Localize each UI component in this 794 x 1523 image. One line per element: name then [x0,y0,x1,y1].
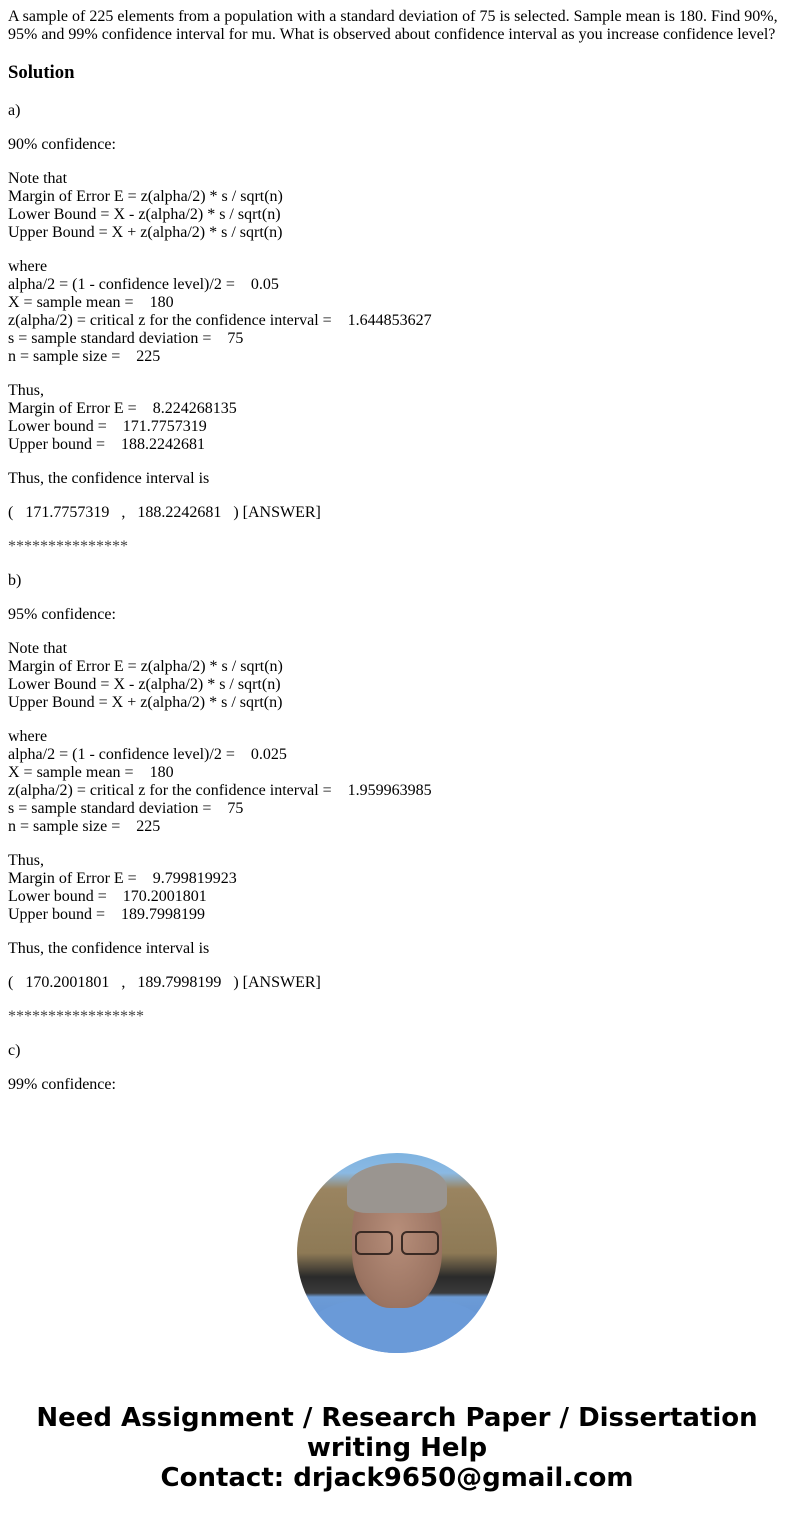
part-a-confidence-title: 90% confidence: [8,136,786,154]
part-a-where: where alpha/2 = (1 - confidence level)/2… [8,258,786,366]
part-b-confidence-title: 95% confidence: [8,606,786,624]
solution-heading: Solution [8,62,786,84]
part-a-separator: *************** [8,538,786,556]
part-c-confidence-title: 99% confidence: [8,1076,786,1094]
part-b-label: b) [8,572,786,590]
part-a-interval-answer: ( 171.7757319 , 188.2242681 ) [ANSWER] [8,504,786,522]
part-b-results: Thus, Margin of Error E = 9.799819923 Lo… [8,852,786,924]
part-a-label: a) [8,102,786,120]
part-a-results: Thus, Margin of Error E = 8.224268135 Lo… [8,382,786,454]
banner-contact-email: Contact: drjack9650@gmail.com [0,1463,794,1493]
part-b-formulas: Note that Margin of Error E = z(alpha/2)… [8,640,786,712]
part-b-interval-intro: Thus, the confidence interval is [8,940,786,958]
banner-line-1: Need Assignment / Research Paper / Disse… [0,1403,794,1433]
contact-banner: Need Assignment / Research Paper / Disse… [0,1403,794,1493]
part-c-label: c) [8,1042,786,1060]
banner-line-2: writing Help [0,1433,794,1463]
part-b-where: where alpha/2 = (1 - confidence level)/2… [8,728,786,836]
avatar-hair [347,1163,447,1213]
part-a-interval-intro: Thus, the confidence interval is [8,470,786,488]
question-text: A sample of 225 elements from a populati… [8,8,786,44]
author-avatar [297,1153,497,1353]
part-b-interval-answer: ( 170.2001801 , 189.7998199 ) [ANSWER] [8,974,786,992]
part-b-separator: ***************** [8,1008,786,1026]
document-body: A sample of 225 elements from a populati… [8,8,786,1110]
part-a-formulas: Note that Margin of Error E = z(alpha/2)… [8,170,786,242]
avatar-glasses-icon [355,1231,439,1253]
